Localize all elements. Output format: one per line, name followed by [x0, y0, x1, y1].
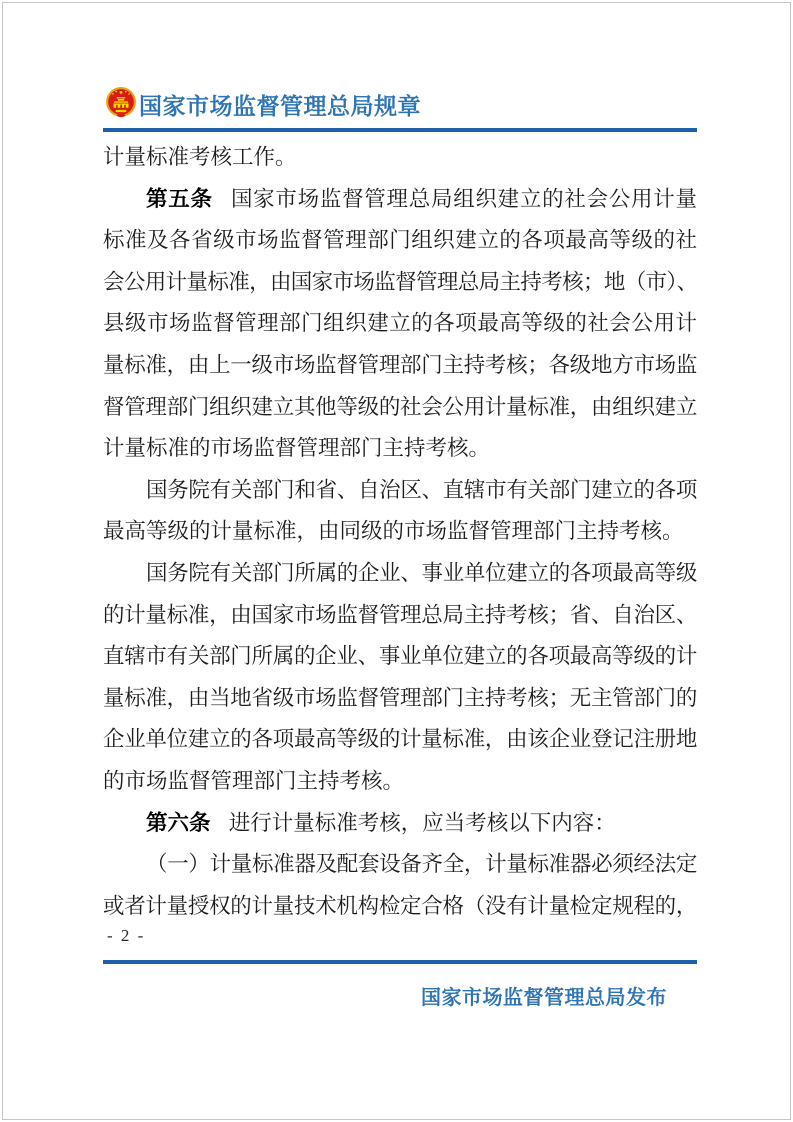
body-line: 的计量标准，由国家市场监督管理总局主持考核；省、自治区、 — [103, 595, 697, 637]
body-line: 国务院有关部门所属的企业、事业单位建立的各项最高等级 — [103, 553, 697, 595]
body-line: 计量标准考核工作。 — [103, 137, 697, 179]
footer-rule — [103, 960, 697, 964]
document-body: 计量标准考核工作。 第五条国家市场监督管理总局组织建立的社会公用计量 标准及各省… — [103, 137, 697, 927]
page-number: - 2 - — [107, 926, 145, 946]
article-number: 第六条 — [146, 811, 211, 835]
body-line: 会公用计量标准，由国家市场监督管理总局主持考核；地（市）、 — [103, 262, 697, 304]
body-line: 企业单位建立的各项最高等级的计量标准，由该企业登记注册地 — [103, 719, 697, 761]
article-text: 国家市场监督管理总局组织建立的社会公用计量 — [231, 187, 697, 211]
body-line: 计量标准的市场监督管理部门主持考核。 — [103, 428, 697, 470]
body-line-article-6: 第六条进行计量标准考核，应当考核以下内容： — [103, 803, 697, 845]
body-line: （一）计量标准器及配套设备齐全，计量标准器必须经法定 — [103, 844, 697, 886]
body-line: 县级市场监督管理部门组织建立的各项最高等级的社会公用计 — [103, 303, 697, 345]
document-header-title: 国家市场监督管理总局规章 — [139, 88, 421, 121]
body-line: 量标准，由当地省级市场监督管理部门主持考核；无主管部门的 — [103, 678, 697, 720]
body-line: 国务院有关部门和省、自治区、直辖市有关部门建立的各项 — [103, 470, 697, 512]
header-rule — [103, 128, 697, 132]
article-number: 第五条 — [146, 187, 213, 211]
body-line: 督管理部门组织建立其他等级的社会公用计量标准，由组织建立 — [103, 387, 697, 429]
body-line: 标准及各省级市场监督管理部门组织建立的各项最高等级的社 — [103, 220, 697, 262]
body-line: 的市场监督管理部门主持考核。 — [103, 761, 697, 803]
body-line-article-5: 第五条国家市场监督管理总局组织建立的社会公用计量 — [103, 179, 697, 221]
article-text: 进行计量标准考核，应当考核以下内容： — [229, 811, 616, 835]
body-line: 最高等级的计量标准，由同级的市场监督管理部门主持考核。 — [103, 511, 697, 553]
footer-publisher: 国家市场监督管理总局发布 — [103, 981, 697, 1010]
national-emblem-icon — [105, 85, 137, 121]
body-line: 直辖市有关部门所属的企业、事业单位建立的各项最高等级的计 — [103, 636, 697, 678]
body-line: 或者计量授权的计量技术机构检定合格（没有计量检定规程的， — [103, 886, 697, 928]
body-line: 量标准，由上一级市场监督管理部门主持考核；各级地方市场监 — [103, 345, 697, 387]
